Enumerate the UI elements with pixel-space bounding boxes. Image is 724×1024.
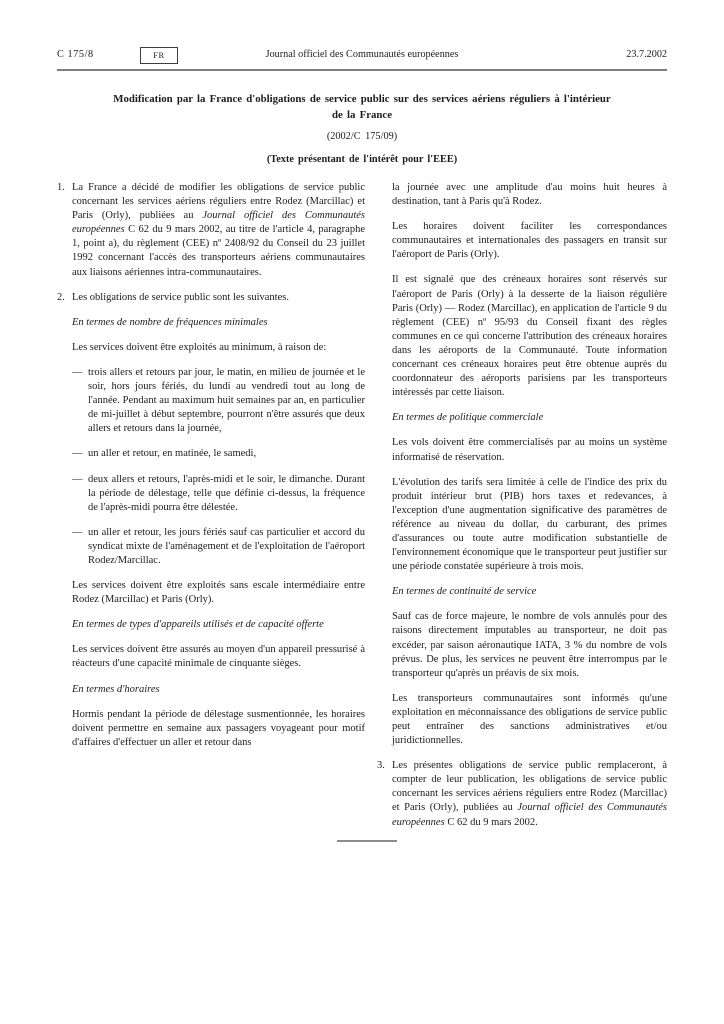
section-heading-service-continuity: En termes de continuité de service: [392, 585, 667, 599]
dash-icon: —: [72, 526, 88, 568]
item-2-content: En termes de nombre de fréquences minima…: [72, 316, 365, 750]
section-heading-schedules: En termes d'horaires: [72, 683, 365, 697]
end-of-document-rule: [337, 840, 397, 842]
numbered-item-3: 3. Les présentes obligations de service …: [377, 759, 667, 829]
item-number: 1.: [57, 181, 72, 280]
document-reference: (2002/C 175/09): [57, 131, 667, 142]
dash-item-text: un aller et retour, en matinée, le samed…: [88, 447, 365, 461]
dash-icon: —: [72, 447, 88, 461]
item-text: Les obligations de service public sont l…: [72, 291, 365, 305]
eea-relevance-note: (Texte présentant de l'intérêt pour l'EE…: [57, 154, 667, 165]
header-divider: [57, 69, 667, 71]
item-number: 3.: [377, 759, 392, 829]
paragraph-reservation-system: Les vols doivent être commercialisés par…: [392, 436, 667, 464]
dash-item-text: deux allers et retours, l'après-midi et …: [88, 473, 365, 515]
paragraph-sanctions: Les transporteurs communautaires sont in…: [392, 692, 667, 748]
journal-page: C 175/8 FR Journal officiel des Communau…: [0, 0, 724, 1024]
dash-icon: —: [72, 473, 88, 515]
item-text: La France a décidé de modifier les oblig…: [72, 181, 365, 280]
paragraph-schedules: Hormis pendant la période de délestage s…: [72, 708, 365, 750]
paragraph-amplitude: la journée avec une amplitude d'au moins…: [392, 181, 667, 209]
section-heading-aircraft: En termes de types d'appareils utilisés …: [72, 618, 365, 632]
journal-title: Journal officiel des Communautés europée…: [57, 49, 667, 60]
page-header: C 175/8 FR Journal officiel des Communau…: [57, 47, 667, 65]
item-text: Les présentes obligations de service pub…: [392, 759, 667, 829]
paragraph-fares: L'évolution des tarifs sera limitée à ce…: [392, 476, 667, 575]
numbered-item-2: 2. Les obligations de service public son…: [57, 291, 365, 305]
dash-item-text: un aller et retour, les jours fériés sau…: [88, 526, 365, 568]
document-title-text: Modification par la France d'obligations…: [106, 92, 618, 123]
item-number: 2.: [57, 291, 72, 305]
numbered-item-1: 1. La France a décidé de modifier les ob…: [57, 181, 365, 280]
left-column: 1. La France a décidé de modifier les ob…: [57, 181, 365, 841]
dash-list-item: — un aller et retour, les jours fériés s…: [72, 526, 365, 568]
item3-text-after: C 62 du 9 mars 2002.: [445, 817, 538, 828]
dash-list-item: — deux allers et retours, l'après-midi e…: [72, 473, 365, 515]
dash-item-text: trois allers et retours par jour, le mat…: [88, 366, 365, 436]
paragraph-slots: Il est signalé que des créneaux horaires…: [392, 273, 667, 400]
dash-list-item: — un aller et retour, en matinée, le sam…: [72, 447, 365, 461]
paragraph-aircraft: Les services doivent être assurés au moy…: [72, 643, 365, 671]
item-2-content-continued: la journée avec une amplitude d'au moins…: [392, 181, 667, 748]
paragraph-force-majeure: Sauf cas de force majeure, le nombre de …: [392, 610, 667, 680]
issue-date: 23.7.2002: [626, 49, 667, 60]
document-title: Modification par la France d'obligations…: [57, 92, 667, 123]
section-heading-frequencies: En termes de nombre de fréquences minima…: [72, 316, 365, 330]
dash-icon: —: [72, 366, 88, 436]
section-heading-commercial-policy: En termes de politique commerciale: [392, 411, 667, 425]
dash-list-item: — trois allers et retours par jour, le m…: [72, 366, 365, 436]
body-columns: 1. La France a décidé de modifier les ob…: [57, 181, 667, 841]
paragraph-no-stopover: Les services doivent être exploités sans…: [72, 579, 365, 607]
paragraph-connections: Les horaires doivent faciliter les corre…: [392, 220, 667, 262]
paragraph-minimum-services: Les services doivent être exploités au m…: [72, 341, 365, 355]
right-column: la journée avec une amplitude d'au moins…: [377, 181, 667, 841]
